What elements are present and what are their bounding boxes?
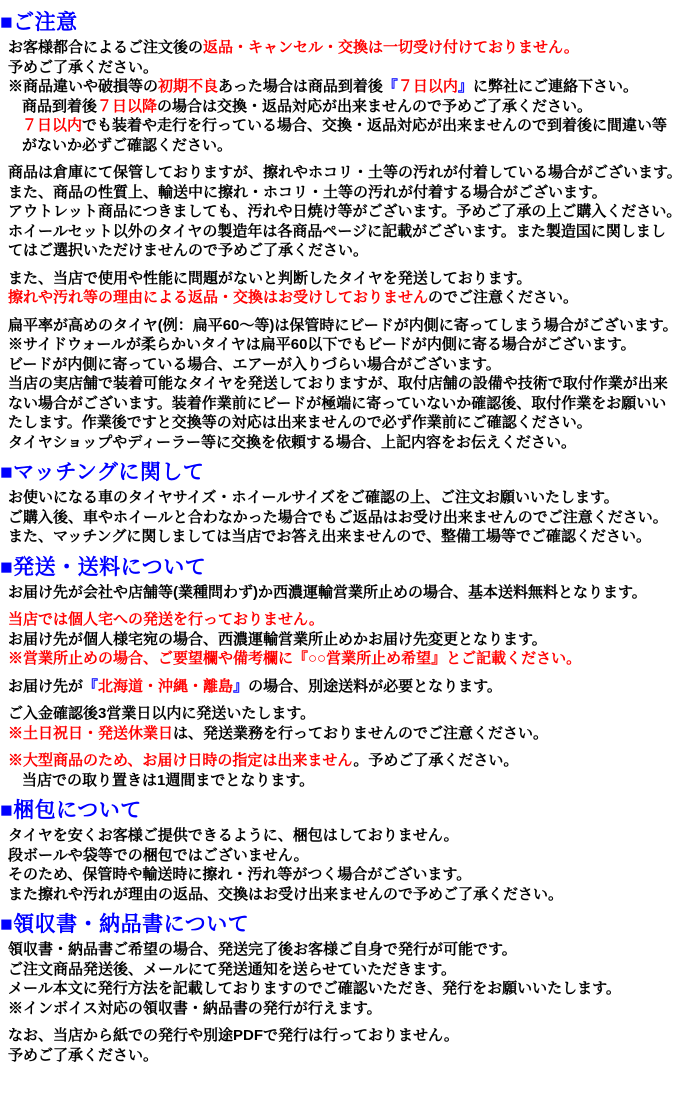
text-segment: 段ボールや袋等での梱包ではございません。 xyxy=(8,847,309,864)
text-line: なお、当店から紙での発行や別途PDFで発行は行っておりません。 xyxy=(0,1026,700,1046)
text-segment: ７日以降 xyxy=(97,98,157,115)
text-segment: 予めご了承ください。 xyxy=(8,59,158,76)
text-line: ※インボイス対応の領収書・納品書の発行が行えます。 xyxy=(0,999,700,1019)
text-segment: ご入金確認後3営業日以内に発送いたします。 xyxy=(8,705,315,722)
section-heading: ■梱包について xyxy=(0,798,700,824)
text-segment: ７日以内 xyxy=(398,78,458,95)
text-segment: 当店での取り置きは1週間までとなります。 xyxy=(22,772,314,789)
text-segment: 商品到着後 xyxy=(22,98,97,115)
text-segment: 』 xyxy=(233,678,248,695)
text-line: 当店での取り置きは1週間までとなります。 xyxy=(0,771,700,791)
paragraph: お使いになる車のタイヤサイズ・ホイールサイズをご確認の上、ご注文お願いいたします… xyxy=(0,488,700,547)
text-segment: 商品は倉庫にて保管しておりますが、擦れやホコリ・土等の汚れが付着している場合がご… xyxy=(8,164,682,181)
notice-page: ■ご注意お客様都合によるご注文後の返品・キャンセル・交換は一切受け付けておりませ… xyxy=(0,0,700,1065)
paragraph: なお、当店から紙での発行や別途PDFで発行は行っておりません。予めご了承ください… xyxy=(0,1026,700,1065)
text-line: また、当店で使用や性能に問題がないと判断したタイヤを発送しております。 xyxy=(0,269,700,289)
notice-content: ■ご注意お客様都合によるご注文後の返品・キャンセル・交換は一切受け付けておりませ… xyxy=(0,10,700,1065)
text-line: また擦れや汚れが理由の返品、交換はお受け出来ませんので予めご了承ください。 xyxy=(0,885,700,905)
text-segment: ※大型商品のため、お届け日時の指定は出来ません xyxy=(8,752,353,769)
text-segment: お届け先が会社や店舗等(業種問わず)か西濃運輸営業所止めの場合、基本送料無料とな… xyxy=(8,584,647,601)
paragraph: 商品は倉庫にて保管しておりますが、擦れやホコリ・土等の汚れが付着している場合がご… xyxy=(0,163,700,261)
text-line: お客様都合によるご注文後の返品・キャンセル・交換は一切受け付けておりません。 xyxy=(0,38,700,58)
text-segment: 当店では個人宅への発送を行っておりません。 xyxy=(8,611,324,628)
text-segment: ご購入後、車やホイールと合わなかった場合でもご返品はお受け出来ませんのでご注意く… xyxy=(8,509,668,526)
text-segment: あった場合は商品到着後 xyxy=(218,78,383,95)
paragraph: お届け先が『北海道・沖縄・離島』の場合、別途送料が必要となります。 xyxy=(0,677,700,697)
text-segment: お届け先が個人様宅宛の場合、西濃運輸営業所止めかお届け先変更となります。 xyxy=(8,631,547,648)
text-line: メール本文に発行方法を記載しておりますのでご確認いただき、発行をお願いいたします… xyxy=(0,979,700,999)
text-segment: ※サイドウォールが柔らかいタイヤは扁平60以下でもビードが内側に寄る場合がござい… xyxy=(8,336,636,353)
text-line: ※商品違いや破損等の初期不良あった場合は商品到着後『７日以内』に弊社にご連絡下さ… xyxy=(0,77,700,97)
text-line: お届け先が個人様宅宛の場合、西濃運輸営業所止めかお届け先変更となります。 xyxy=(0,630,700,650)
text-line: 商品は倉庫にて保管しておりますが、擦れやホコリ・土等の汚れが付着している場合がご… xyxy=(0,163,700,183)
text-line: 商品到着後７日以降の場合は交換・返品対応が出来ませんので予めご了承ください。 xyxy=(0,97,700,117)
text-segment: でも装着や走行を行っている場合、交換・返品対応が出来ませんので到着後に間違い等 xyxy=(82,117,667,134)
text-segment: 。予めご了承ください。 xyxy=(353,752,518,769)
text-segment: のでご注意ください。 xyxy=(428,289,578,306)
paragraph: ご入金確認後3営業日以内に発送いたします。※土日祝日・発送休業日は、発送業務を行… xyxy=(0,704,700,743)
text-line: ※営業所止めの場合、ご要望欄や備考欄に『○○営業所止め希望』とご記載ください。 xyxy=(0,649,700,669)
text-segment: ない場合がございます。装着作業前にビードが極端に寄っていないか確認後、取付作業を… xyxy=(8,395,666,412)
text-segment: ※土日祝日・発送休業日 xyxy=(8,725,173,742)
text-line: ※土日祝日・発送休業日は、発送業務を行っておりませんのでご注意ください。 xyxy=(0,724,700,744)
text-segment: 』 xyxy=(458,78,473,95)
text-segment: また、商品の性質上、輸送中に擦れ・ホコリ・土等の汚れが付着する場合がございます。 xyxy=(8,184,607,201)
text-line: ない場合がございます。装着作業前にビードが極端に寄っていないか確認後、取付作業を… xyxy=(0,394,700,414)
text-segment: 北海道・沖縄・離島 xyxy=(98,678,233,695)
text-segment: ビードが内側に寄っている場合、エアーが入りづらい場合がございます。 xyxy=(8,356,501,373)
text-line: ご購入後、車やホイールと合わなかった場合でもご返品はお受け出来ませんのでご注意く… xyxy=(0,508,700,528)
text-line: 予めご了承ください。 xyxy=(0,58,700,78)
text-segment: また、マッチングに関しましては当店でお答え出来ませんので、整備工場等でご確認くだ… xyxy=(8,528,651,545)
text-segment: 当店の実店舗で装着可能なタイヤを発送しておりますが、取付店舗の設備や技術で取付作… xyxy=(8,375,668,392)
text-line: そのため、保管時や輸送時に擦れ・汚れ等がつく場合がございます。 xyxy=(0,865,700,885)
paragraph: 当店では個人宅への発送を行っておりません。お届け先が個人様宅宛の場合、西濃運輸営… xyxy=(0,610,700,669)
text-line: てはご選択いただけませんので予めご了承ください。 xyxy=(0,241,700,261)
paragraph: ※大型商品のため、お届け日時の指定は出来ません。予めご了承ください。当店での取り… xyxy=(0,751,700,790)
text-line: ※サイドウォールが柔らかいタイヤは扁平60以下でもビードが内側に寄る場合がござい… xyxy=(0,335,700,355)
text-segment: アウトレット商品につきましても、汚れや日焼け等がございます。予めご了承の上ご購入… xyxy=(8,203,681,220)
text-segment: また、当店で使用や性能に問題がないと判断したタイヤを発送しております。 xyxy=(8,270,532,287)
text-segment: お使いになる車のタイヤサイズ・ホイールサイズをご確認の上、ご注文お願いいたします… xyxy=(8,489,619,506)
text-segment: に弊社にご連絡下さい。 xyxy=(473,78,638,95)
text-line: 領収書・納品書ご希望の場合、発送完了後お客様ご自身で発行が可能です。 xyxy=(0,940,700,960)
paragraph: お届け先が会社や店舗等(業種問わず)か西濃運輸営業所止めの場合、基本送料無料とな… xyxy=(0,583,700,603)
text-segment: たします。作業後ですと交換等の対応は出来ませんので必ず作業前にご確認ください。 xyxy=(8,414,592,431)
text-segment: 扁平率が高めのタイヤ(例：扁平60～等)は保管時にビードが内側に寄ってしまう場合… xyxy=(8,317,678,334)
text-line: 擦れや汚れ等の理由による返品・交換はお受けしておりませんのでご注意ください。 xyxy=(0,288,700,308)
text-segment: てはご選択いただけませんので予めご了承ください。 xyxy=(8,242,368,259)
text-segment: ホイールセット以外のタイヤの製造年は各商品ページに記載がございます。また製造国に… xyxy=(8,223,666,240)
text-line: また、商品の性質上、輸送中に擦れ・ホコリ・土等の汚れが付着する場合がございます。 xyxy=(0,183,700,203)
text-line: ビードが内側に寄っている場合、エアーが入りづらい場合がございます。 xyxy=(0,355,700,375)
text-line: お使いになる車のタイヤサイズ・ホイールサイズをご確認の上、ご注文お願いいたします… xyxy=(0,488,700,508)
text-segment: 領収書・納品書ご希望の場合、発送完了後お客様ご自身で発行が可能です。 xyxy=(8,941,517,958)
text-segment: の場合は交換・返品対応が出来ませんので予めご了承ください。 xyxy=(157,98,592,115)
text-segment: 『 xyxy=(83,678,98,695)
text-line: アウトレット商品につきましても、汚れや日焼け等がございます。予めご了承の上ご購入… xyxy=(0,202,700,222)
text-line: 当店では個人宅への発送を行っておりません。 xyxy=(0,610,700,630)
text-segment: の場合、別途送料が必要となります。 xyxy=(248,678,502,695)
text-line: ※大型商品のため、お届け日時の指定は出来ません。予めご了承ください。 xyxy=(0,751,700,771)
text-segment: ご注文商品発送後、メールにて発送通知を送らせていただきます。 xyxy=(8,961,456,978)
text-line: がないか必ずご確認ください。 xyxy=(0,136,700,156)
text-segment: 擦れや汚れ等の理由による返品・交換はお受けしておりません xyxy=(8,289,428,306)
section-heading: ■ご注意 xyxy=(0,10,700,36)
text-segment: がないか必ずご確認ください。 xyxy=(22,137,232,154)
text-line: たします。作業後ですと交換等の対応は出来ませんので必ず作業前にご確認ください。 xyxy=(0,413,700,433)
text-segment: ７日以内 xyxy=(22,117,82,134)
section-heading: ■領収書・納品書について xyxy=(0,912,700,938)
text-segment: お届け先が xyxy=(8,678,83,695)
paragraph: 扁平率が高めのタイヤ(例：扁平60～等)は保管時にビードが内側に寄ってしまう場合… xyxy=(0,316,700,453)
text-line: 扁平率が高めのタイヤ(例：扁平60～等)は保管時にビードが内側に寄ってしまう場合… xyxy=(0,316,700,336)
text-line: お届け先が会社や店舗等(業種問わず)か西濃運輸営業所止めの場合、基本送料無料とな… xyxy=(0,583,700,603)
text-segment: タイヤショップやディーラー等に交換を依頼する場合、上記内容をお伝えください。 xyxy=(8,434,576,451)
paragraph: お客様都合によるご注文後の返品・キャンセル・交換は一切受け付けておりません。予め… xyxy=(0,38,700,155)
text-line: ホイールセット以外のタイヤの製造年は各商品ページに記載がございます。また製造国に… xyxy=(0,222,700,242)
text-line: タイヤを安くお客様ご提供できるように、梱包はしておりません。 xyxy=(0,826,700,846)
text-segment: 返品・キャンセル・交換は一切受け付けておりません。 xyxy=(203,39,579,56)
text-segment: 予めご了承ください。 xyxy=(8,1047,158,1064)
paragraph: 領収書・納品書ご希望の場合、発送完了後お客様ご自身で発行が可能です。ご注文商品発… xyxy=(0,940,700,1018)
text-segment: メール本文に発行方法を記載しておりますのでご確認いただき、発行をお願いいたします… xyxy=(8,980,621,997)
text-line: ご入金確認後3営業日以内に発送いたします。 xyxy=(0,704,700,724)
text-segment: また擦れや汚れが理由の返品、交換はお受け出来ませんので予めご了承ください。 xyxy=(8,886,563,903)
text-line: ７日以内でも装着や走行を行っている場合、交換・返品対応が出来ませんので到着後に間… xyxy=(0,116,700,136)
section-heading: ■発送・送料について xyxy=(0,555,700,581)
paragraph: タイヤを安くお客様ご提供できるように、梱包はしておりません。段ボールや袋等での梱… xyxy=(0,826,700,904)
text-line: 段ボールや袋等での梱包ではございません。 xyxy=(0,846,700,866)
text-segment: ※営業所止めの場合、ご要望欄や備考欄に『○○営業所止め希望』とご記載ください。 xyxy=(8,650,581,667)
text-segment: 『 xyxy=(383,78,398,95)
text-segment: 初期不良 xyxy=(158,78,218,95)
text-line: 当店の実店舗で装着可能なタイヤを発送しておりますが、取付店舗の設備や技術で取付作… xyxy=(0,374,700,394)
section-heading: ■マッチングに関して xyxy=(0,460,700,486)
text-segment: そのため、保管時や輸送時に擦れ・汚れ等がつく場合がございます。 xyxy=(8,866,471,883)
text-line: また、マッチングに関しましては当店でお答え出来ませんので、整備工場等でご確認くだ… xyxy=(0,527,700,547)
paragraph: また、当店で使用や性能に問題がないと判断したタイヤを発送しております。擦れや汚れ… xyxy=(0,269,700,308)
text-segment: なお、当店から紙での発行や別途PDFで発行は行っておりません。 xyxy=(8,1027,459,1044)
text-line: 予めご了承ください。 xyxy=(0,1046,700,1066)
text-line: お届け先が『北海道・沖縄・離島』の場合、別途送料が必要となります。 xyxy=(0,677,700,697)
text-segment: ※商品違いや破損等の xyxy=(8,78,158,95)
text-segment: は、発送業務を行っておりませんのでご注意ください。 xyxy=(173,725,548,742)
text-segment: ※インボイス対応の領収書・納品書の発行が行えます。 xyxy=(8,1000,382,1017)
text-line: タイヤショップやディーラー等に交換を依頼する場合、上記内容をお伝えください。 xyxy=(0,433,700,453)
text-segment: タイヤを安くお客様ご提供できるように、梱包はしておりません。 xyxy=(8,827,459,844)
text-segment: お客様都合によるご注文後の xyxy=(8,39,203,56)
text-line: ご注文商品発送後、メールにて発送通知を送らせていただきます。 xyxy=(0,960,700,980)
